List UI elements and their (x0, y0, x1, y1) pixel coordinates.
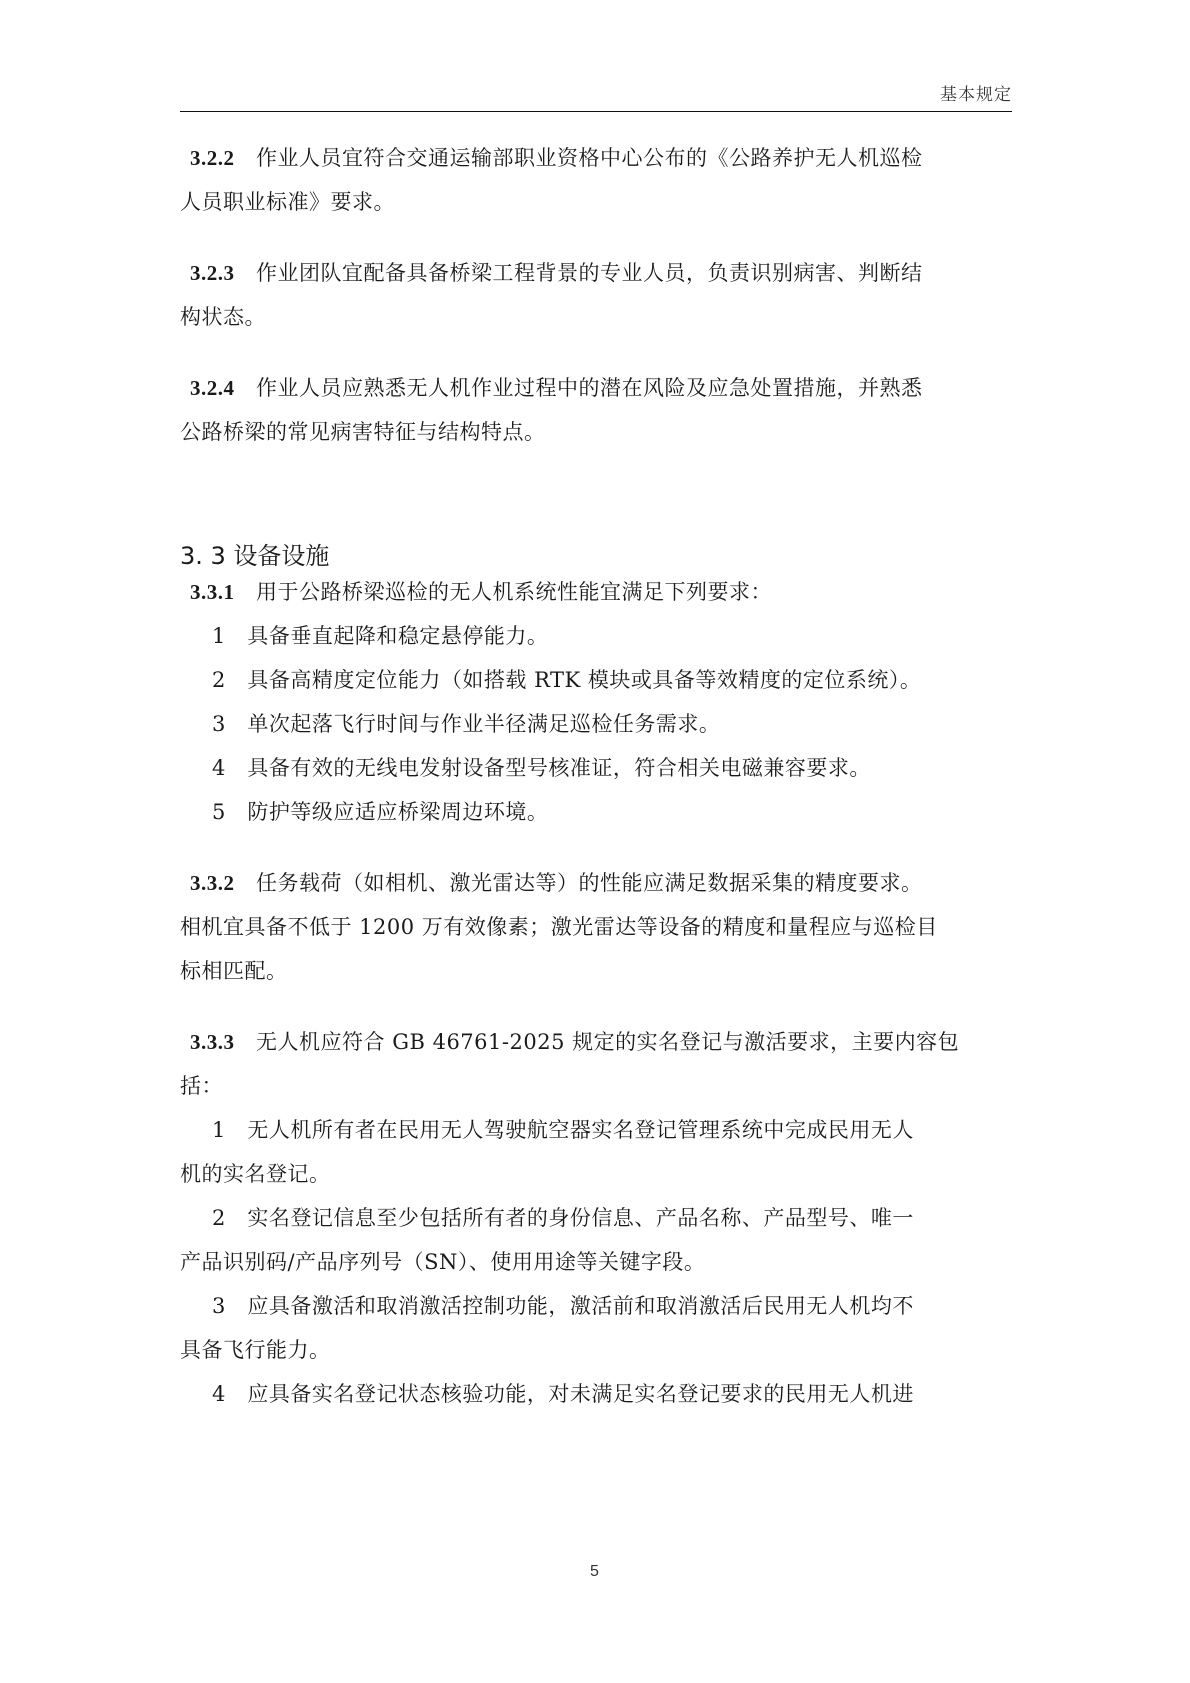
list-item: 3 单次起落飞行时间与作业半径满足巡检任务需求。 (212, 714, 720, 735)
clause-3-2-2-line-1: 3.2.2 作业人员宜符合交通运输部职业资格中心公布的《公路养护无人机巡检 (190, 148, 923, 169)
list-item: 2 实名登记信息至少包括所有者的身份信息、产品名称、产品型号、唯一 (212, 1208, 914, 1229)
clause-number: 3.2.3 (190, 261, 235, 285)
running-header-title: 基本规定 (940, 80, 1040, 105)
clause-3-3-3-line-1: 3.3.3 无人机应符合 GB 46761-2025 规定的实名登记与激活要求，… (190, 1032, 959, 1053)
list-item-continuation: 具备飞行能力。 (180, 1340, 331, 1361)
clause-number: 3.3.1 (190, 580, 235, 604)
clause-3-3-2-line-1: 3.3.2 任务载荷（如相机、激光雷达等）的性能应满足数据采集的精度要求。 (190, 873, 923, 894)
list-item: 1 无人机所有者在民用无人驾驶航空器实名登记管理系统中完成民用无人 (212, 1120, 914, 1141)
list-item: 2 具备高精度定位能力（如搭载 RTK 模块或具备等效精度的定位系统）。 (212, 670, 921, 691)
page-number: 5 (590, 1563, 599, 1581)
list-item-continuation: 产品识别码/产品序列号（SN）、使用用途等关键字段。 (180, 1252, 705, 1273)
clause-3-3-1-intro: 3.3.1 用于公路桥梁巡检的无人机系统性能宜满足下列要求： (190, 582, 772, 603)
list-item: 4 具备有效的无线电发射设备型号核准证，符合相关电磁兼容要求。 (212, 758, 871, 779)
list-item: 5 防护等级应适应桥梁周边环境。 (212, 802, 548, 823)
clause-3-2-2-line-2: 人员职业标准》要求。 (180, 192, 395, 213)
clause-number: 3.2.4 (190, 376, 235, 400)
clause-3-3-2-line-3: 标相匹配。 (180, 961, 288, 982)
header-rule (180, 111, 1012, 112)
clause-3-3-3-line-2: 括： (180, 1076, 223, 1097)
clause-number: 3.3.2 (190, 871, 235, 895)
section-heading: 3. 3 设备设施 (180, 536, 329, 571)
clause-3-2-3-line-1: 3.2.3 作业团队宜配备具备桥梁工程背景的专业人员，负责识别病害、判断结 (190, 263, 923, 284)
list-item: 4 应具备实名登记状态核验功能，对未满足实名登记要求的民用无人机进 (212, 1384, 914, 1405)
clause-3-3-2-line-2: 相机宜具备不低于 1200 万有效像素；激光雷达等设备的精度和量程应与巡检目 (180, 917, 938, 938)
list-item: 1 具备垂直起降和稳定悬停能力。 (212, 626, 548, 647)
clause-number: 3.3.3 (190, 1030, 235, 1054)
list-item-continuation: 机的实名登记。 (180, 1164, 331, 1185)
clause-number: 3.2.2 (190, 146, 235, 170)
clause-3-2-4-line-2: 公路桥梁的常见病害特征与结构特点。 (180, 422, 546, 443)
list-item: 3 应具备激活和取消激活控制功能，激活前和取消激活后民用无人机均不 (212, 1296, 914, 1317)
clause-3-2-3-line-2: 构状态。 (180, 307, 266, 328)
clause-3-2-4-line-1: 3.2.4 作业人员应熟悉无人机作业过程中的潜在风险及应急处置措施，并熟悉 (190, 378, 923, 399)
